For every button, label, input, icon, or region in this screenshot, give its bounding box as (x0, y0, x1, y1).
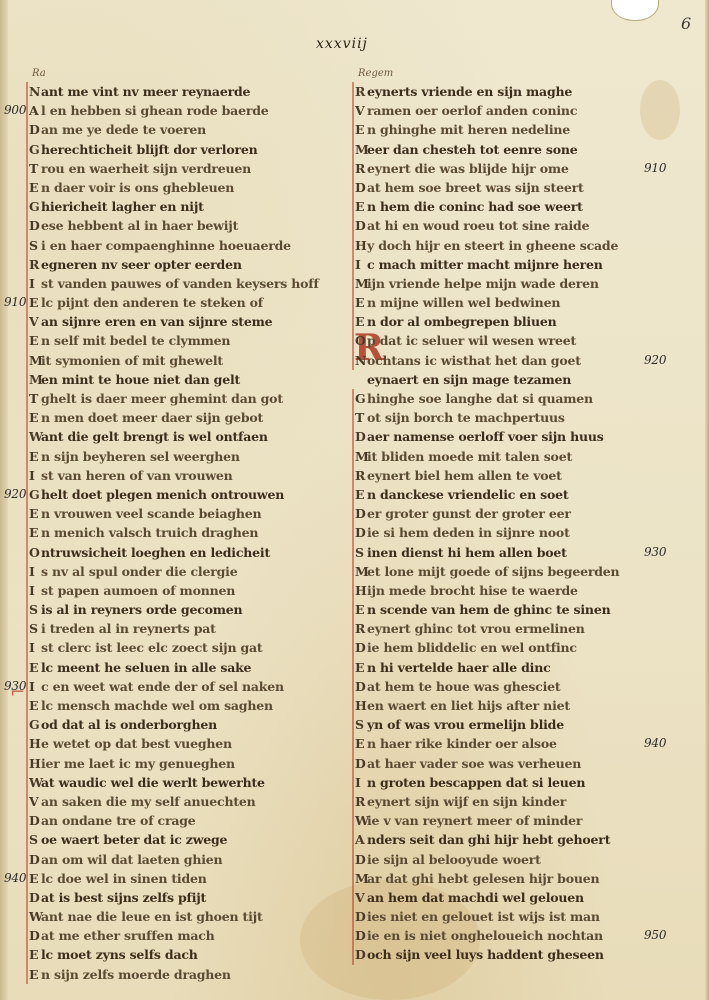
line-text: c mach mitter macht mijnre heren (367, 257, 603, 272)
line-text: ie sijn al belooyude woert (367, 852, 541, 867)
line-text: n dor al ombegrepen bliuen (367, 314, 557, 329)
line-text: ant nae die leue en ist ghoen tijt (41, 909, 263, 924)
verse-line: Van hem dat machdi wel gelouen (352, 888, 652, 907)
line-text: hiericheit lagher en nijt (41, 199, 204, 214)
verse-line: Die hem bliddelic en wel ontfinc (352, 638, 652, 657)
line-text: eynert ghinc tot vrou ermelinen (367, 621, 585, 636)
line-initial: D (26, 926, 41, 945)
line-text: it symonien of mit ghewelt (41, 353, 223, 368)
line-text: nders seit dan ghi hijr hebt gehoert (367, 832, 610, 847)
verse-line: Nant me vint nv meer reynaerde (26, 82, 346, 101)
line-initial: A (26, 101, 41, 120)
right-column: Regem Reynerts vriende en sijn magheVram… (352, 66, 652, 965)
line-text: n self mit bedel te clymmen (41, 333, 230, 348)
verse-line: Tot sijn borch te machpertuus (352, 408, 652, 427)
line-text: l en hebben si ghean rode baerde (41, 103, 269, 118)
line-text: at hem te houe was ghesciet (367, 679, 561, 694)
line-initial: R (352, 82, 367, 101)
line-initial: H (352, 581, 367, 600)
line-text: ant die gelt brengt is wel ontfaen (41, 429, 268, 444)
line-initial: M (352, 562, 367, 581)
guide-letter: Ra (26, 66, 346, 82)
line-text: ijn vriende helpe mijn wade deren (367, 276, 599, 291)
verse-line: En sijn beyheren sel weerghen (26, 447, 346, 466)
verse-line: 950Die en is niet ongheloueich nochtan (352, 926, 652, 945)
left-column: Ra Nant me vint nv meer reynaerde900Al e… (26, 66, 346, 984)
line-initial: E (352, 120, 367, 139)
line-initial: T (352, 408, 367, 427)
verse-line: Elc mensch machde wel om saghen (26, 696, 346, 715)
line-text: n groten bescappen dat si leuen (367, 775, 585, 790)
line-text: lc meent he seluen in alle sake (41, 660, 251, 675)
verse-line: Hijn mede brocht hise te waerde (352, 581, 652, 600)
line-text: n daer voir is ons ghebleuen (41, 180, 234, 195)
line-initial: D (352, 850, 367, 869)
verse-line: En mijne willen wel bedwinen (352, 293, 652, 312)
line-initial: M (26, 351, 41, 370)
line-text: c en weet wat ende der of sel naken (41, 679, 284, 694)
verse-line: Van sijnre eren en van sijnre steme (26, 312, 346, 331)
line-initial: E (26, 293, 41, 312)
line-initial: I (26, 638, 41, 657)
line-text: i en haer compaenghinne hoeuaerde (41, 238, 291, 253)
verse-line: Soe waert beter dat ic zwege (26, 830, 346, 849)
line-text: eer dan chesteh tot eenre sone (367, 142, 578, 157)
line-initial: D (26, 850, 41, 869)
line-text: n mijne willen wel bedwinen (367, 295, 560, 310)
line-number: 940 (4, 869, 26, 888)
line-text: st vanden pauwes of vanden keysers hoff (41, 276, 319, 291)
verse-line: Men mint te houe niet dan gelt (26, 370, 346, 389)
line-initial: M (352, 140, 367, 159)
line-initial: E (352, 197, 367, 216)
line-text: n ghinghe mit heren nedeline (367, 122, 570, 137)
verse-line: Hen waert en liet hijs after niet (352, 696, 652, 715)
line-initial: R (352, 159, 367, 178)
verse-line: En scende van hem de ghinc te sinen (352, 600, 652, 619)
verse-line: Mit bliden moede mit talen soet (352, 447, 652, 466)
verse-line: Is nv al spul onder die clergie (26, 562, 346, 581)
verse-line: Elc meent he seluen in alle sake (26, 658, 346, 677)
line-text: en waert en liet hijs after niet (367, 698, 570, 713)
verse-line: En men doet meer daer sijn gebot (26, 408, 346, 427)
line-initial: V (352, 888, 367, 907)
line-initial: D (26, 216, 41, 235)
line-initial: T (26, 159, 41, 178)
verse-line: En menich valsch truich draghen (26, 523, 346, 542)
folio-number: 6 (681, 14, 691, 33)
line-initial: W (352, 811, 367, 830)
line-text: ese hebbent al in haer bewijt (41, 218, 238, 233)
line-text: od dat al is onderborghen (41, 717, 217, 732)
verse-line: He wetet op dat best vueghen (26, 734, 346, 753)
verse-line: Elc moet zyns selfs dach (26, 945, 346, 964)
line-text: herechticheit blijft dor verloren (41, 142, 258, 157)
line-initial: D (26, 811, 41, 830)
verse-line: Gherechticheit blijft dor verloren (26, 140, 346, 159)
verse-line: Mar dat ghi hebt gelesen hijr bouen (352, 869, 652, 888)
line-initial: E (26, 331, 41, 350)
line-text: ochtans ic wisthat het dan goet (367, 353, 581, 368)
line-initial: D (352, 638, 367, 657)
line-initial: M (352, 274, 367, 293)
line-initial: R (352, 792, 367, 811)
verse-line: Vramen oer oerlof anden coninc (352, 101, 652, 120)
line-text: egneren nv seer opter eerden (41, 257, 242, 272)
line-initial: R (352, 619, 367, 638)
line-text: ot sijn borch te machpertuus (367, 410, 565, 425)
line-initial: V (26, 792, 41, 811)
manuscript-page: 6 xxxviij R ⌐ Ra Nant me vint nv meer re… (0, 0, 709, 1000)
verse-line: Ghiericheit lagher en nijt (26, 197, 346, 216)
line-text: ijn mede brocht hise te waerde (367, 583, 578, 598)
line-initial: H (26, 754, 41, 773)
line-text: helt doet plegen menich ontrouwen (41, 487, 284, 502)
line-initial: E (26, 658, 41, 677)
verse-line: Dan me ye dede te voeren (26, 120, 346, 139)
line-initial: D (352, 945, 367, 964)
verse-line: 910Elc pijnt den anderen te steken of (26, 293, 346, 312)
verse-line: Si treden al in reynerts pat (26, 619, 346, 638)
line-text: lc doe wel in sinen tiden (41, 871, 207, 886)
line-text: st van heren of van vrouwen (41, 468, 233, 483)
verse-line: 930Sinen dienst hi hem allen boet (352, 543, 652, 562)
verse-line: Trou en waerheit sijn verdreuen (26, 159, 346, 178)
line-text: eynaert en sijn mage tezamen (367, 372, 571, 387)
line-initial: H (352, 236, 367, 255)
line-text: rou en waerheit sijn verdreuen (41, 161, 251, 176)
line-text: n danckese vriendelic en soet (367, 487, 568, 502)
left-verse-lines: Nant me vint nv meer reynaerde900Al en h… (26, 82, 346, 984)
line-text: at me ether sruffen mach (41, 928, 215, 943)
line-initial: D (26, 120, 41, 139)
verse-line: Die si hem deden in sijnre noot (352, 523, 652, 542)
line-initial: A (352, 830, 367, 849)
verse-line: Hy doch hijr en steert in gheene scade (352, 236, 652, 255)
verse-line: Reynert sijn wijf en sijn kinder (352, 792, 652, 811)
verse-line: En ghinghe mit heren nedeline (352, 120, 652, 139)
line-initial: S (26, 236, 41, 255)
line-text: ie si hem deden in sijnre noot (367, 525, 570, 540)
line-initial: E (352, 293, 367, 312)
line-initial: D (352, 427, 367, 446)
verse-line: Reynert biel hem allen te voet (352, 466, 652, 485)
quire-mark: xxxviij (316, 36, 368, 52)
line-number: 930 (644, 543, 666, 562)
verse-line: Want die gelt brengt is wel ontfaen (26, 427, 346, 446)
line-initial: S (26, 619, 41, 638)
verse-line: 920Nochtans ic wisthat het dan goet (352, 351, 652, 370)
line-text: ghelt is daer meer ghemint dan got (41, 391, 283, 406)
line-text: n hem die coninc had soe weert (367, 199, 583, 214)
line-text: at hem soe breet was sijn steert (367, 180, 584, 195)
line-initial: V (352, 101, 367, 120)
line-initial: E (26, 447, 41, 466)
line-text: n hi vertelde haer alle dinc (367, 660, 551, 675)
line-initial: E (26, 965, 41, 984)
line-text: an saken die my self anuechten (41, 794, 256, 809)
line-initial: M (352, 869, 367, 888)
verse-line: Dat hem te houe was ghesciet (352, 677, 652, 696)
line-text: inen dienst hi hem allen boet (367, 545, 567, 560)
verse-line: Dan ondane tre of crage (26, 811, 346, 830)
line-text: an ondane tre of crage (41, 813, 196, 828)
verse-line: Ist clerc ist leec elc zoect sijn gat (26, 638, 346, 657)
verse-line: En sijn zelfs moerde draghen (26, 965, 346, 984)
line-initial: N (352, 351, 367, 370)
line-text: i treden al in reynerts pat (41, 621, 216, 636)
verse-line: Sis al in reyners orde gecomen (26, 600, 346, 619)
line-initial: H (26, 734, 41, 753)
line-text: ramen oer oerlof anden coninc (367, 103, 577, 118)
line-text: eynert die was blijde hijr ome (367, 161, 569, 176)
verse-line: Hier me laet ic my genueghen (26, 754, 346, 773)
line-text: hinghe soe langhe dat si quamen (367, 391, 593, 406)
line-initial: M (26, 370, 41, 389)
line-initial: I (26, 274, 41, 293)
line-text: ies niet en gelouet ist wijs ist man (367, 909, 600, 924)
verse-line: 910Reynert die was blijde hijr ome (352, 159, 652, 178)
verse-line: God dat al is onderborghen (26, 715, 346, 734)
page-edge (705, 0, 709, 1000)
line-text: er groter gunst der groter eer (367, 506, 571, 521)
line-initial: E (26, 178, 41, 197)
line-text: y doch hijr en steert in gheene scade (367, 238, 618, 253)
line-initial: E (26, 523, 41, 542)
line-text: aer namense oerloff voer sijn huus (367, 429, 604, 444)
line-initial: D (26, 888, 41, 907)
verse-line: En hem die coninc had soe weert (352, 197, 652, 216)
verse-line: 900Al en hebben si ghean rode baerde (26, 101, 346, 120)
line-text: ie hem bliddelic en wel ontfinc (367, 640, 577, 655)
verse-line: Ist van heren of van vrouwen (26, 466, 346, 485)
line-text: oe waert beter dat ic zwege (41, 832, 227, 847)
line-initial: E (26, 696, 41, 715)
verse-line: 920Ghelt doet plegen menich ontrouwen (26, 485, 346, 504)
line-text: an om wil dat laeten ghien (41, 852, 222, 867)
verse-line: Reynert ghinc tot vrou ermelinen (352, 619, 652, 638)
line-initial: D (352, 216, 367, 235)
verse-line: Wie v van reynert meer of minder (352, 811, 652, 830)
verse-line: Met lone mijt goede of sijns begeerden (352, 562, 652, 581)
verse-line: En daer voir is ons ghebleuen (26, 178, 346, 197)
line-text: an sijnre eren en van sijnre steme (41, 314, 272, 329)
line-initial: E (352, 312, 367, 331)
line-initial: W (26, 907, 41, 926)
line-initial: E (26, 408, 41, 427)
line-text: ier me laet ic my genueghen (41, 756, 235, 771)
verse-line: En dor al ombegrepen bliuen (352, 312, 652, 331)
line-text: lc pijnt den anderen te steken of (41, 295, 263, 310)
verse-line: Ic mach mitter macht mijnre heren (352, 255, 652, 274)
line-text: st papen aumoen of monnen (41, 583, 235, 598)
verse-line: Dat hi en woud roeu tot sine raide (352, 216, 652, 235)
parchment-hole (612, 0, 658, 20)
verse-line: In groten bescappen dat si leuen (352, 773, 652, 792)
line-initial: I (26, 581, 41, 600)
line-initial: N (26, 82, 41, 101)
line-initial: O (26, 543, 41, 562)
line-text: n haer rike kinder oer alsoe (367, 736, 557, 751)
verse-line: En danckese vriendelic en soet (352, 485, 652, 504)
verse-line: Dese hebbent al in haer bewijt (26, 216, 346, 235)
verse-line: Anders seit dan ghi hijr hebt gehoert (352, 830, 652, 849)
line-initial: R (352, 466, 367, 485)
line-text: n menich valsch truich draghen (41, 525, 258, 540)
line-text: n scende van hem de ghinc te sinen (367, 602, 610, 617)
line-initial: D (352, 926, 367, 945)
line-initial: E (352, 600, 367, 619)
line-initial: D (352, 523, 367, 542)
verse-line: En self mit bedel te clymmen (26, 331, 346, 350)
line-initial: G (26, 715, 41, 734)
line-initial: I (26, 466, 41, 485)
line-initial: E (26, 945, 41, 964)
line-initial: R (26, 255, 41, 274)
line-initial: S (26, 600, 41, 619)
line-initial: H (352, 696, 367, 715)
verse-line: Syn of was vrou ermelijn blide (352, 715, 652, 734)
line-text: och sijn veel luys haddent gheseen (367, 947, 604, 962)
line-number: 950 (644, 926, 666, 945)
line-text: at haer vader soe was verheuen (367, 756, 581, 771)
verse-line: Mit symonien of mit ghewelt (26, 351, 346, 370)
verse-line: Dan om wil dat laeten ghien (26, 850, 346, 869)
verse-line: Doch sijn veel luys haddent gheseen (352, 945, 652, 964)
line-text: n men doet meer daer sijn gebot (41, 410, 263, 425)
line-initial: G (26, 140, 41, 159)
verse-line: Mijn vriende helpe mijn wade deren (352, 274, 652, 293)
line-text: eynert biel hem allen te voet (367, 468, 562, 483)
line-initial: E (26, 869, 41, 888)
line-number: 940 (644, 734, 666, 753)
verse-line: Regneren nv seer opter eerden (26, 255, 346, 274)
line-number: 900 (4, 101, 26, 120)
verse-line: Want nae die leue en ist ghoen tijt (26, 907, 346, 926)
verse-line: Van saken die my self anuechten (26, 792, 346, 811)
verse-line: Wat waudic wel die werlt bewerhte (26, 773, 346, 792)
line-text: en mint te houe niet dan gelt (41, 372, 240, 387)
line-text: s nv al spul onder die clergie (41, 564, 237, 579)
line-initial: D (352, 178, 367, 197)
line-text: lc moet zyns selfs dach (41, 947, 198, 962)
line-text: p dat ic seluer wil wesen wreet (367, 333, 576, 348)
line-initial: G (352, 389, 367, 408)
line-initial: S (352, 543, 367, 562)
line-initial: G (26, 197, 41, 216)
line-initial: D (352, 504, 367, 523)
line-initial: E (26, 504, 41, 523)
line-initial: E (352, 485, 367, 504)
verse-line: Si en haer compaenghinne hoeuaerde (26, 236, 346, 255)
verse-line: Ghinghe soe langhe dat si quamen (352, 389, 652, 408)
line-initial: V (26, 312, 41, 331)
line-number: 930 (4, 677, 26, 696)
line-initial: W (26, 427, 41, 446)
verse-line: Der groter gunst der groter eer (352, 504, 652, 523)
line-text: ar dat ghi hebt gelesen hijr bouen (367, 871, 599, 886)
line-number: 920 (4, 485, 26, 504)
line-text: n sijn beyheren sel weerghen (41, 449, 240, 464)
line-initial: W (26, 773, 41, 792)
line-text: e wetet op dat best vueghen (41, 736, 232, 751)
line-initial: I (26, 677, 41, 696)
line-text: ant me vint nv meer reynaerde (41, 84, 250, 99)
line-text: eynerts vriende en sijn maghe (367, 84, 572, 99)
line-text: at hi en woud roeu tot sine raide (367, 218, 589, 233)
verse-line: 940Elc doe wel in sinen tiden (26, 869, 346, 888)
line-initial: I (352, 773, 367, 792)
line-text: n vrouwen veel scande beiaghen (41, 506, 261, 521)
line-initial: T (26, 389, 41, 408)
line-text: an me ye dede te voeren (41, 122, 206, 137)
line-text: is al in reyners orde gecomen (41, 602, 242, 617)
verse-line: Ist vanden pauwes of vanden keysers hoff (26, 274, 346, 293)
line-text: n sijn zelfs moerde draghen (41, 967, 231, 982)
verse-line: Dat hem soe breet was sijn steert (352, 178, 652, 197)
verse-line: Tghelt is daer meer ghemint dan got (26, 389, 346, 408)
verse-line: Dat me ether sruffen mach (26, 926, 346, 945)
verse-line: En hi vertelde haer alle dinc (352, 658, 652, 677)
line-initial: G (26, 485, 41, 504)
line-number: 910 (4, 293, 26, 312)
verse-line: Ist papen aumoen of monnen (26, 581, 346, 600)
line-text: ie en is niet ongheloueich nochtan (367, 928, 603, 943)
line-initial: I (352, 255, 367, 274)
verse-line: Dies niet en gelouet ist wijs ist man (352, 907, 652, 926)
line-text: st clerc ist leec elc zoect sijn gat (41, 640, 263, 655)
line-number: 920 (644, 351, 666, 370)
verse-line: Dat haer vader soe was verheuen (352, 754, 652, 773)
line-initial: M (352, 447, 367, 466)
line-text: it bliden moede mit talen soet (367, 449, 572, 464)
verse-line: Reynaert en sijn mage tezamen (352, 370, 652, 389)
line-initial: E (352, 658, 367, 677)
line-text: et lone mijt goede of sijns begeerden (367, 564, 619, 579)
line-initial: I (26, 562, 41, 581)
line-text: an hem dat machdi wel gelouen (367, 890, 584, 905)
line-initial: E (352, 734, 367, 753)
line-initial: D (352, 754, 367, 773)
line-number: 910 (644, 159, 666, 178)
verse-line: Meer dan chesteh tot eenre sone (352, 140, 652, 159)
line-text: at waudic wel die werlt bewerhte (41, 775, 265, 790)
line-text: lc mensch machde wel om saghen (41, 698, 273, 713)
line-initial: S (352, 715, 367, 734)
verse-line: Dat is best sijns zelfs pfijt (26, 888, 346, 907)
verse-line: Daer namense oerloff voer sijn huus (352, 427, 652, 446)
line-initial: D (352, 907, 367, 926)
right-verse-lines: Reynerts vriende en sijn magheVramen oer… (352, 82, 652, 965)
line-initial: D (352, 677, 367, 696)
verse-line: Reynerts vriende en sijn maghe (352, 82, 652, 101)
line-text: yn of was vrou ermelijn blide (367, 717, 564, 732)
line-text: ntruwsicheit loeghen en ledicheit (41, 545, 270, 560)
verse-line: Ontruwsicheit loeghen en ledicheit (26, 543, 346, 562)
verse-line: 930Ic en weet wat ende der of sel naken (26, 677, 346, 696)
verse-line: Die sijn al belooyude woert (352, 850, 652, 869)
line-text: eynert sijn wijf en sijn kinder (367, 794, 566, 809)
verse-line: 940En haer rike kinder oer alsoe (352, 734, 652, 753)
line-text: ie v van reynert meer of minder (367, 813, 582, 828)
line-text: at is best sijns zelfs pfijt (41, 890, 206, 905)
verse-line: Op dat ic seluer wil wesen wreet (352, 331, 652, 350)
guide-letter: Regem (352, 66, 652, 82)
line-initial: O (352, 331, 367, 350)
line-initial: S (26, 830, 41, 849)
verse-line: En vrouwen veel scande beiaghen (26, 504, 346, 523)
